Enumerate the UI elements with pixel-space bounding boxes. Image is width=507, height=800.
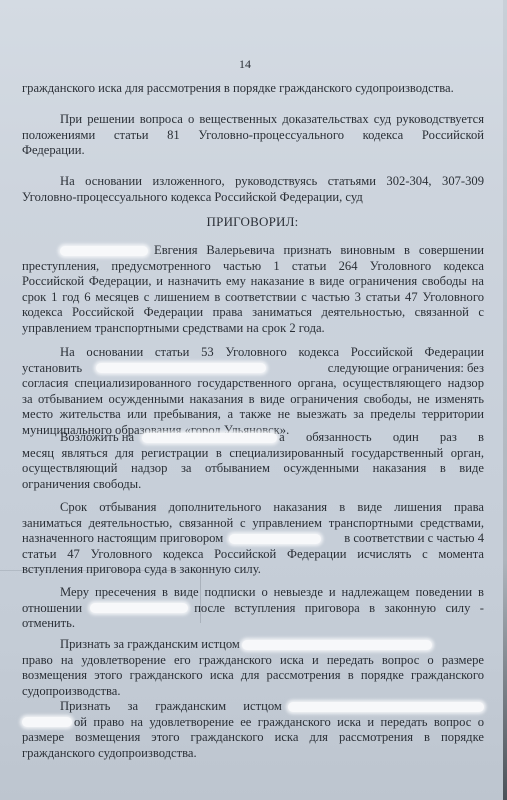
redacted-name: [96, 363, 266, 373]
redacted-name: [288, 702, 484, 712]
text-line: преступления, предусмотренного частью 1 …: [22, 259, 484, 275]
text-line: статьи 47 Уголовного кодекса Российской …: [22, 547, 484, 563]
text-line: право на удовлетворение его гражданского…: [22, 653, 484, 669]
text-line: Возложить на а обязанность один раз в: [22, 430, 484, 446]
text-line: На основании изложенного, руководствуясь…: [22, 174, 484, 190]
text-fragment: установить: [22, 361, 82, 377]
paragraph-civil-claimant-1: Признать за гражданским истцом право на …: [22, 637, 484, 699]
document-page: 14 гражданского иска для рассмотрения в …: [0, 0, 503, 800]
redacted-name: [229, 534, 321, 544]
text-line: Срок отбывания дополнительного наказания…: [22, 500, 484, 516]
text-line: положениями статьи 81 Уголовно-процессуа…: [22, 128, 484, 144]
redacted-name: [60, 246, 148, 256]
paragraph-additional-punishment-term: Срок отбывания дополнительного наказания…: [22, 500, 484, 578]
text-line: Признать за гражданским истцом: [22, 637, 484, 653]
text-line: осуществляющий надзор за отбыванием осуж…: [22, 461, 484, 477]
text-line: Евгения Валерьевича признать виновным в …: [22, 243, 484, 259]
text-line: Федерации.: [22, 143, 484, 159]
verdict-heading: ПРИГОВОРИЛ:: [0, 214, 505, 230]
text-line: отношении после вступления приговора в з…: [22, 601, 484, 617]
paragraph-guilty-verdict: Евгения Валерьевича признать виновным в …: [22, 243, 484, 337]
text-fragment: Возложить на: [60, 430, 134, 446]
text-line: месяц являться для регистрации в специал…: [22, 446, 484, 462]
text-fragment: после вступления приговора в законную си…: [194, 601, 484, 617]
paragraph-restrictions: На основании статьи 53 Уголовного кодекс…: [22, 345, 484, 439]
text-fragment: назначенного настоящим приговором: [22, 531, 223, 547]
paragraph-obligation: Возложить на а обязанность один раз в ме…: [22, 430, 484, 492]
redacted-name: [90, 603, 188, 613]
redacted-name: [142, 433, 277, 443]
paragraph-evidence: При решении вопроса о вещественных доказ…: [22, 112, 484, 159]
redacted-name: [22, 717, 72, 727]
text-fragment: в соответствии с частью 4: [329, 531, 484, 547]
text-line: размере возмещения этого гражданского ис…: [22, 730, 484, 746]
text-fragment: ой право на удовлетворение ее гражданско…: [74, 715, 484, 731]
paragraph-grounds: На основании изложенного, руководствуясь…: [22, 174, 484, 205]
text-line: установить следующие ограничения: без: [22, 361, 484, 377]
redacted-name: [242, 640, 432, 650]
text-line: управлением транспортными средствами на …: [22, 321, 484, 337]
text-line: возмещения этого гражданского иска для р…: [22, 668, 484, 684]
text-line: место жительства или пребывания, а также…: [22, 407, 484, 423]
text-line: Уголовно-процессуального кодекса Российс…: [22, 190, 484, 206]
text-fragment: а обязанность один раз в: [279, 430, 484, 446]
text-fragment: отношении: [22, 601, 82, 617]
paragraph-preventive-measure: Меру пресечения в виде подписки о невыез…: [22, 585, 484, 632]
text-fragment: Признать за гражданским истцом: [60, 637, 240, 653]
text-line: ограничения свободы.: [22, 477, 484, 493]
text-line: судопроизводства.: [22, 684, 484, 700]
page-number: 14: [0, 57, 490, 72]
text-fragment: Евгения Валерьевича признать виновным в …: [154, 243, 484, 259]
text-line: гражданского иска для рассмотрения в пор…: [22, 81, 484, 97]
text-line: заниматься деятельностью, связанной с уп…: [22, 516, 484, 532]
text-line: срок 1 год 6 месяцев с лишением в соотве…: [22, 290, 484, 306]
text-line: за отбыванием осужденными наказания в ви…: [22, 392, 484, 408]
text-line: вступления приговора суда в законную сил…: [22, 562, 484, 578]
text-line: назначенного настоящим приговором в соот…: [22, 531, 484, 547]
paragraph-civil-claimant-2: Признать за гражданским истцом ой право …: [22, 699, 484, 761]
text-line: кодекса Российской Федерации права заним…: [22, 305, 484, 321]
paragraph-civil-claim-continuation: гражданского иска для рассмотрения в пор…: [22, 81, 484, 97]
text-line: согласия специализированного государстве…: [22, 376, 484, 392]
text-line: Меру пресечения в виде подписки о невыез…: [22, 585, 484, 601]
text-line: Признать за гражданским истцом: [22, 699, 484, 715]
text-fragment: Признать за гражданским истцом: [60, 699, 282, 715]
text-line: гражданского судопроизводства.: [22, 746, 484, 762]
text-line: Российской Федерации, и назначить ему на…: [22, 274, 484, 290]
text-line: ой право на удовлетворение ее гражданско…: [22, 715, 484, 731]
text-line: На основании статьи 53 Уголовного кодекс…: [22, 345, 484, 361]
text-fragment: следующие ограничения: без: [274, 361, 484, 377]
text-line: отменить.: [22, 616, 484, 632]
text-line: При решении вопроса о вещественных доказ…: [22, 112, 484, 128]
